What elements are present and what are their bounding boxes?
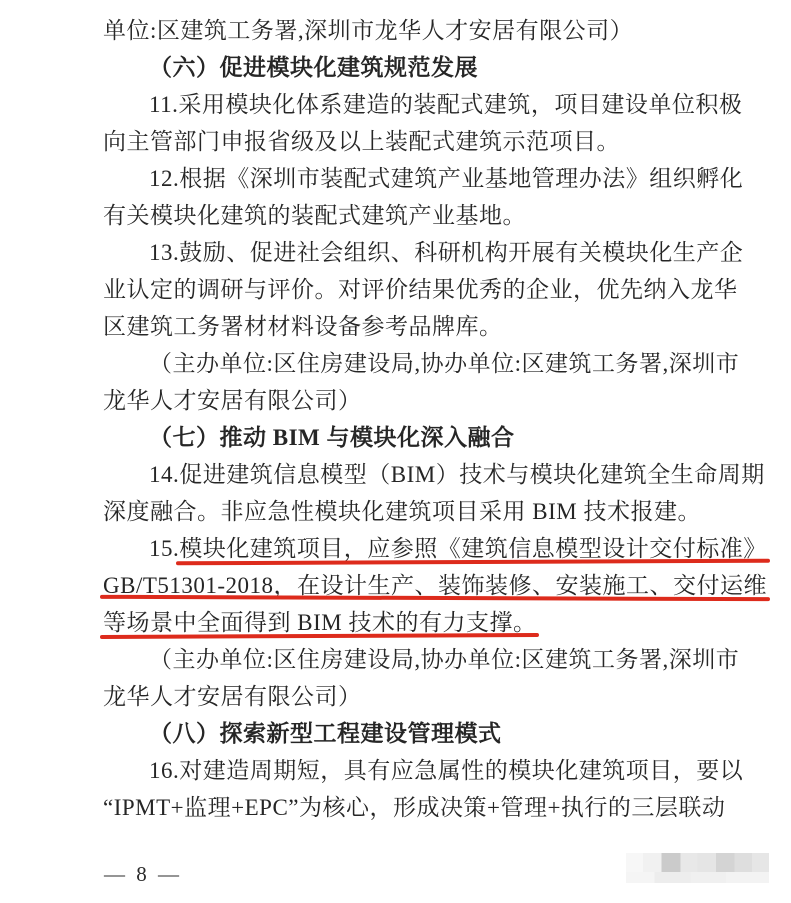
- section-heading-7: （七）推动 BIM 与模块化深入融合: [103, 419, 775, 456]
- blurred-watermark-row: [626, 872, 769, 883]
- para-14-line-2: 深度融合。非应急性模块化建筑项目采用 BIM 技术报建。: [103, 493, 775, 530]
- para-15-line-2: GB/T51301-2018，在设计生产、装饰装修、安装施工、交付运维: [103, 567, 775, 604]
- red-underline-segment: 模块化建筑项目，应参照《建筑信息模型设计交付标准》: [179, 530, 767, 567]
- para-unit-note-1-line-2: 龙华人才安居有限公司）: [103, 382, 775, 419]
- section-heading-8: （八）探索新型工程建设管理模式: [103, 715, 775, 752]
- red-underline-segment: GB/T51301-2018，在设计生产、装饰装修、安装施工、交付运维: [103, 567, 767, 604]
- red-underline-segment: 等场景中全面得到 BIM 技术的有力支撑。: [103, 604, 536, 641]
- para-12-line-1: 12.根据《深圳市装配式建筑产业基地管理办法》组织孵化: [103, 160, 775, 197]
- para-12-line-2: 有关模块化建筑的装配式建筑产业基地。: [103, 197, 775, 234]
- blurred-watermark: [626, 853, 769, 883]
- para-15-line-1: 15.模块化建筑项目，应参照《建筑信息模型设计交付标准》: [103, 530, 775, 567]
- para-16-line-1: 16.对建造周期短，具有应急属性的模块化建筑项目，要以: [103, 752, 775, 789]
- para-unit-note-2-line-2: 龙华人才安居有限公司）: [103, 678, 775, 715]
- para-unit-note-1-line-1: （主办单位:区住房建设局,协办单位:区建筑工务署,深圳市: [103, 345, 775, 382]
- document-body: 单位:区建筑工务署,深圳市龙华人才安居有限公司） （六）促进模块化建筑规范发展 …: [103, 12, 775, 826]
- para-unit-note-2-line-1: （主办单位:区住房建设局,协办单位:区建筑工务署,深圳市: [103, 641, 775, 678]
- para-13-line-1: 13.鼓励、促进社会组织、科研机构开展有关模块化生产企: [103, 234, 775, 271]
- para-14-line-1: 14.促进建筑信息模型（BIM）技术与模块化建筑全生命周期: [103, 456, 775, 493]
- para-15-number: 15.: [149, 536, 179, 561]
- blurred-watermark-row: [626, 853, 769, 872]
- para-13-line-3: 区建筑工务署材材料设备参考品牌库。: [103, 308, 775, 345]
- doc-line-unit-continuation: 单位:区建筑工务署,深圳市龙华人才安居有限公司）: [103, 12, 775, 49]
- page-number: — 8 —: [104, 862, 182, 887]
- para-11-line-1: 11.采用模块化体系建造的装配式建筑，项目建设单位积极: [103, 86, 775, 123]
- para-11-line-2: 向主管部门申报省级及以上装配式建筑示范项目。: [103, 123, 775, 160]
- para-15-line-3: 等场景中全面得到 BIM 技术的有力支撑。: [103, 604, 775, 641]
- para-13-line-2: 业认定的调研与评价。对评价结果优秀的企业，优先纳入龙华: [103, 271, 775, 308]
- section-heading-6: （六）促进模块化建筑规范发展: [103, 49, 775, 86]
- para-16-line-2: “IPMT+监理+EPC”为核心，形成决策+管理+执行的三层联动: [103, 789, 775, 826]
